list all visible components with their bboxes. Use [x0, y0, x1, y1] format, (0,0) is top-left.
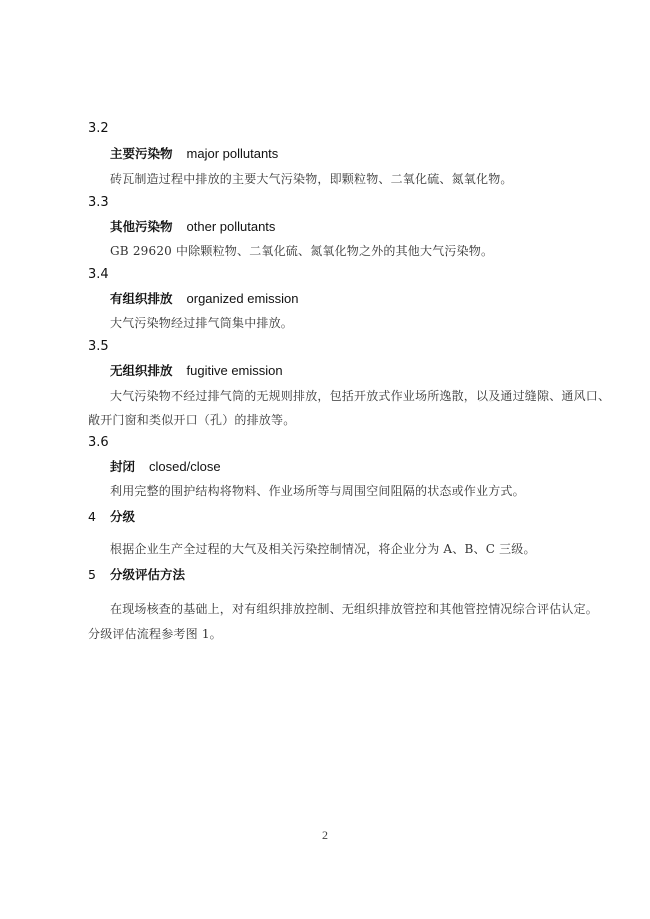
chapter-heading: 4分级 — [88, 509, 135, 525]
term-heading: 其他污染物other pollutants — [110, 219, 275, 235]
document-page: 3.2 主要污染物major pollutants 砖瓦制造过程中排放的主要大气… — [0, 0, 650, 919]
term-definition: 大气污染物不经过排气筒的无规则排放，包括开放式作业场所逸散，以及通过缝隙、通风口… — [110, 388, 610, 404]
chapter-number: 4 — [88, 509, 110, 525]
term-zh: 无组织排放 — [110, 363, 173, 378]
term-definition: 砖瓦制造过程中排放的主要大气污染物，即颗粒物、二氧化硫、氮氧化物。 — [110, 171, 513, 187]
term-definition: 利用完整的围护结构将物料、作业场所等与周围空间阻隔的状态或作业方式。 — [110, 483, 525, 499]
chapter-paragraph: 根据企业生产全过程的大气及相关污染控制情况，将企业分为 A、B、C 三级。 — [110, 541, 536, 557]
term-heading: 无组织排放fugitive emission — [110, 363, 283, 379]
chapter-title: 分级评估方法 — [110, 567, 185, 582]
term-heading: 封闭closed/close — [110, 459, 221, 475]
term-en: fugitive emission — [187, 363, 283, 378]
term-definition: 大气污染物经过排气筒集中排放。 — [110, 315, 293, 331]
term-en: organized emission — [187, 291, 299, 306]
term-en: major pollutants — [187, 146, 279, 161]
term-heading: 主要污染物major pollutants — [110, 146, 278, 162]
term-definition: GB 29620 中除颗粒物、二氧化硫、氮氧化物之外的其他大气污染物。 — [110, 243, 493, 259]
term-en: closed/close — [149, 459, 221, 474]
term-zh: 有组织排放 — [110, 291, 173, 306]
term-zh: 主要污染物 — [110, 146, 173, 161]
chapter-title: 分级 — [110, 509, 135, 524]
term-zh: 其他污染物 — [110, 219, 173, 234]
term-zh: 封闭 — [110, 459, 135, 474]
section-number: 3.3 — [88, 195, 109, 211]
section-number: 3.4 — [88, 267, 109, 283]
chapter-number: 5 — [88, 567, 110, 583]
chapter-paragraph-continued: 分级评估流程参考图 1。 — [88, 626, 222, 642]
term-heading: 有组织排放organized emission — [110, 291, 299, 307]
section-number: 3.6 — [88, 435, 109, 451]
page-number: 2 — [0, 828, 650, 843]
chapter-heading: 5分级评估方法 — [88, 567, 185, 583]
chapter-paragraph: 在现场核查的基础上，对有组织排放控制、无组织排放管控和其他管控情况综合评估认定。 — [110, 601, 598, 617]
term-definition-continued: 敞开门窗和类似开口（孔）的排放等。 — [88, 412, 295, 428]
section-number: 3.5 — [88, 339, 109, 355]
section-number: 3.2 — [88, 121, 109, 137]
term-en: other pollutants — [187, 219, 276, 234]
